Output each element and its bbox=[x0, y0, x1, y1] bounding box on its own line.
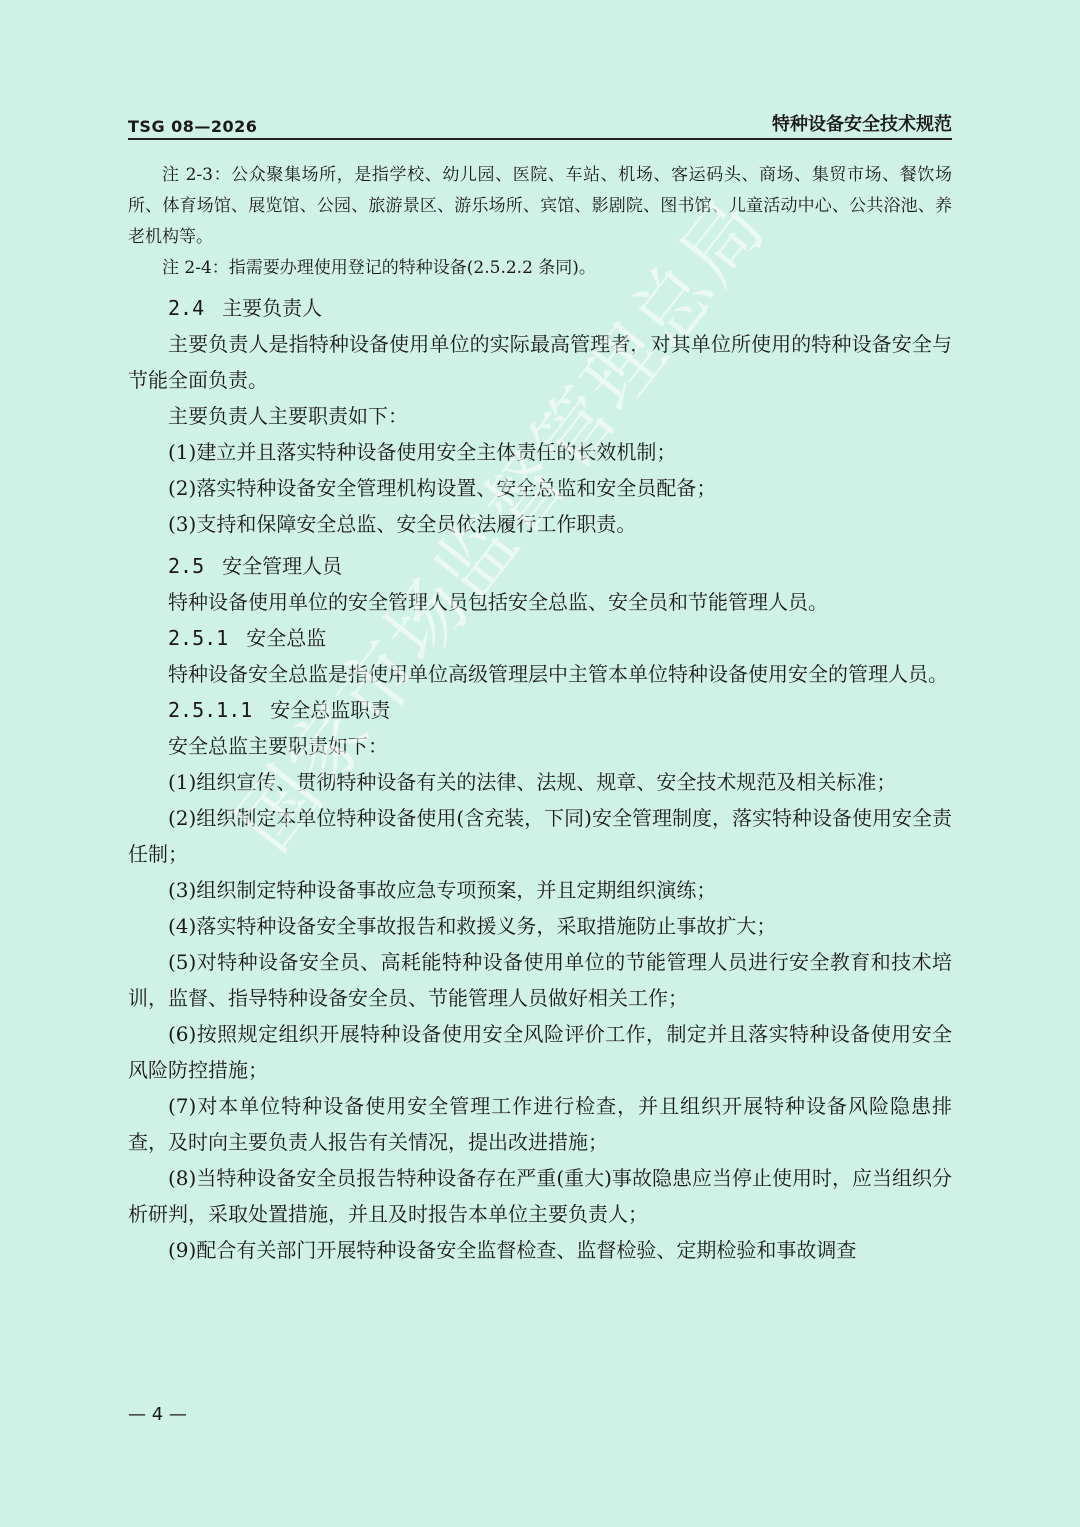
page-number: — 4 — bbox=[128, 1404, 187, 1425]
page-header: TSG 08—2026 特种设备安全技术规范 bbox=[128, 110, 952, 140]
list-item: (8)当特种设备安全员报告特种设备存在严重(重大)事故隐患应当停止使用时，应当组… bbox=[128, 1160, 952, 1232]
note-2-3: 注 2-3：公众聚集场所，是指学校、幼儿园、医院、车站、机场、客运码头、商场、集… bbox=[128, 160, 952, 253]
section-number: 2.5.1.1 bbox=[168, 698, 252, 722]
list-item: (1)建立并且落实特种设备使用安全主体责任的长效机制； bbox=[128, 434, 952, 470]
list-item: (3)支持和保障安全总监、安全员依法履行工作职责。 bbox=[128, 506, 952, 542]
document-series-title: 特种设备安全技术规范 bbox=[772, 110, 952, 136]
section-heading-2-5-1: 2.5.1安全总监 bbox=[128, 620, 952, 656]
list-item: (9)配合有关部门开展特种设备安全监督检查、监督检验、定期检验和事故调查 bbox=[128, 1232, 952, 1268]
section-heading-2-4: 2.4主要负责人 bbox=[128, 290, 952, 326]
note-2-4: 注 2-4：指需要办理使用登记的特种设备(2.5.2.2 条同)。 bbox=[128, 253, 952, 284]
section-number: 2.4 bbox=[168, 296, 204, 320]
section-title: 安全总监 bbox=[246, 626, 326, 650]
page-body: 注 2-3：公众聚集场所，是指学校、幼儿园、医院、车站、机场、客运码头、商场、集… bbox=[128, 160, 952, 1268]
list-item: (5)对特种设备安全员、高耗能特种设备使用单位的节能管理人员进行安全教育和技术培… bbox=[128, 944, 952, 1016]
section-title: 安全管理人员 bbox=[222, 554, 342, 578]
list-item: (3)组织制定特种设备事故应急专项预案，并且定期组织演练； bbox=[128, 872, 952, 908]
document-code: TSG 08—2026 bbox=[128, 117, 257, 136]
list-item: (2)落实特种设备安全管理机构设置、安全总监和安全员配备； bbox=[128, 470, 952, 506]
section-number: 2.5 bbox=[168, 554, 204, 578]
list-item: (2)组织制定本单位特种设备使用(含充装，下同)安全管理制度，落实特种设备使用安… bbox=[128, 800, 952, 872]
section-title: 安全总监职责 bbox=[270, 698, 390, 722]
paragraph: 特种设备安全总监是指使用单位高级管理层中主管本单位特种设备使用安全的管理人员。 bbox=[128, 656, 952, 692]
list-item: (6)按照规定组织开展特种设备使用安全风险评价工作，制定并且落实特种设备使用安全… bbox=[128, 1016, 952, 1088]
list-item: (7)对本单位特种设备使用安全管理工作进行检查，并且组织开展特种设备风险隐患排查… bbox=[128, 1088, 952, 1160]
list-item: (4)落实特种设备安全事故报告和救援义务，采取措施防止事故扩大； bbox=[128, 908, 952, 944]
paragraph: 安全总监主要职责如下： bbox=[128, 728, 952, 764]
section-number: 2.5.1 bbox=[168, 626, 228, 650]
paragraph: 主要负责人是指特种设备使用单位的实际最高管理者，对其单位所使用的特种设备安全与节… bbox=[128, 326, 952, 398]
section-heading-2-5-1-1: 2.5.1.1安全总监职责 bbox=[128, 692, 952, 728]
list-item: (1)组织宣传、贯彻特种设备有关的法律、法规、规章、安全技术规范及相关标准； bbox=[128, 764, 952, 800]
section-title: 主要负责人 bbox=[222, 296, 322, 320]
paragraph: 主要负责人主要职责如下： bbox=[128, 398, 952, 434]
paragraph: 特种设备使用单位的安全管理人员包括安全总监、安全员和节能管理人员。 bbox=[128, 584, 952, 620]
section-heading-2-5: 2.5安全管理人员 bbox=[128, 548, 952, 584]
